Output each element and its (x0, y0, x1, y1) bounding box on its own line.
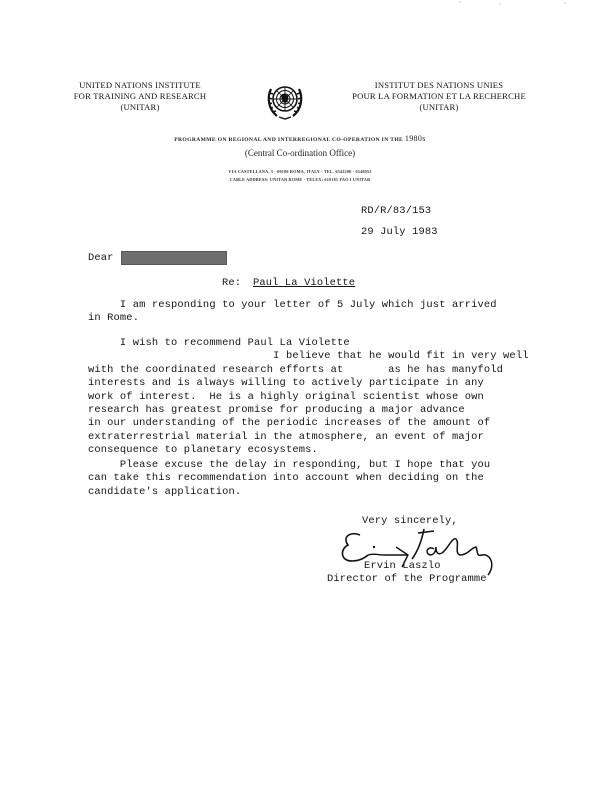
address-line: CABLE ADDRESS: UNITAR ROME - TELEX: 6101… (150, 177, 450, 182)
programme-title: PROGRAMME ON REGIONAL AND INTERREGIONAL … (130, 134, 470, 143)
letterhead-line: (UNITAR) (328, 102, 550, 113)
letterhead-english: UNITED NATIONS INSTITUTE FOR TRAINING AN… (60, 80, 220, 114)
body-paragraph: I am responding to your letter of 5 July… (88, 299, 508, 326)
scan-artifacts (0, 0, 594, 10)
body-paragraph: I wish to recommend Paul La Violette I b… (88, 337, 508, 458)
programme-year: 1980s (405, 134, 426, 143)
un-emblem-icon (265, 79, 305, 121)
letterhead-line: POUR LA FORMATION ET LA RECHERCHE (328, 91, 550, 102)
subject-label: Re: (222, 277, 241, 290)
redacted-recipient (121, 251, 227, 265)
signer-title: Director of the Programme (327, 573, 487, 586)
reference-code: RD/R/83/153 (361, 205, 431, 218)
body-paragraph: Please excuse the delay in responding, b… (88, 459, 508, 499)
letterhead-line: (UNITAR) (60, 102, 220, 113)
letterhead-french: INSTITUT DES NATIONS UNIES POUR LA FORMA… (328, 80, 550, 114)
letterhead-line: INSTITUT DES NATIONS UNIES (328, 80, 550, 91)
signer-name: Ervin Laszlo (364, 560, 441, 573)
address-line: VIA CASTELLANA, 5 - 00186 ROMA, ITALY - … (150, 169, 450, 174)
programme-text: PROGRAMME ON REGIONAL AND INTERREGIONAL … (174, 137, 403, 143)
letterhead-line: FOR TRAINING AND RESEARCH (60, 91, 220, 102)
office-subtitle: (Central Co-ordination Office) (130, 148, 470, 158)
salutation: Dear (88, 252, 114, 265)
letter-date: 29 July 1983 (361, 226, 438, 239)
letterhead-line: UNITED NATIONS INSTITUTE (60, 80, 220, 91)
subject-name: Paul La Violette (253, 277, 355, 290)
